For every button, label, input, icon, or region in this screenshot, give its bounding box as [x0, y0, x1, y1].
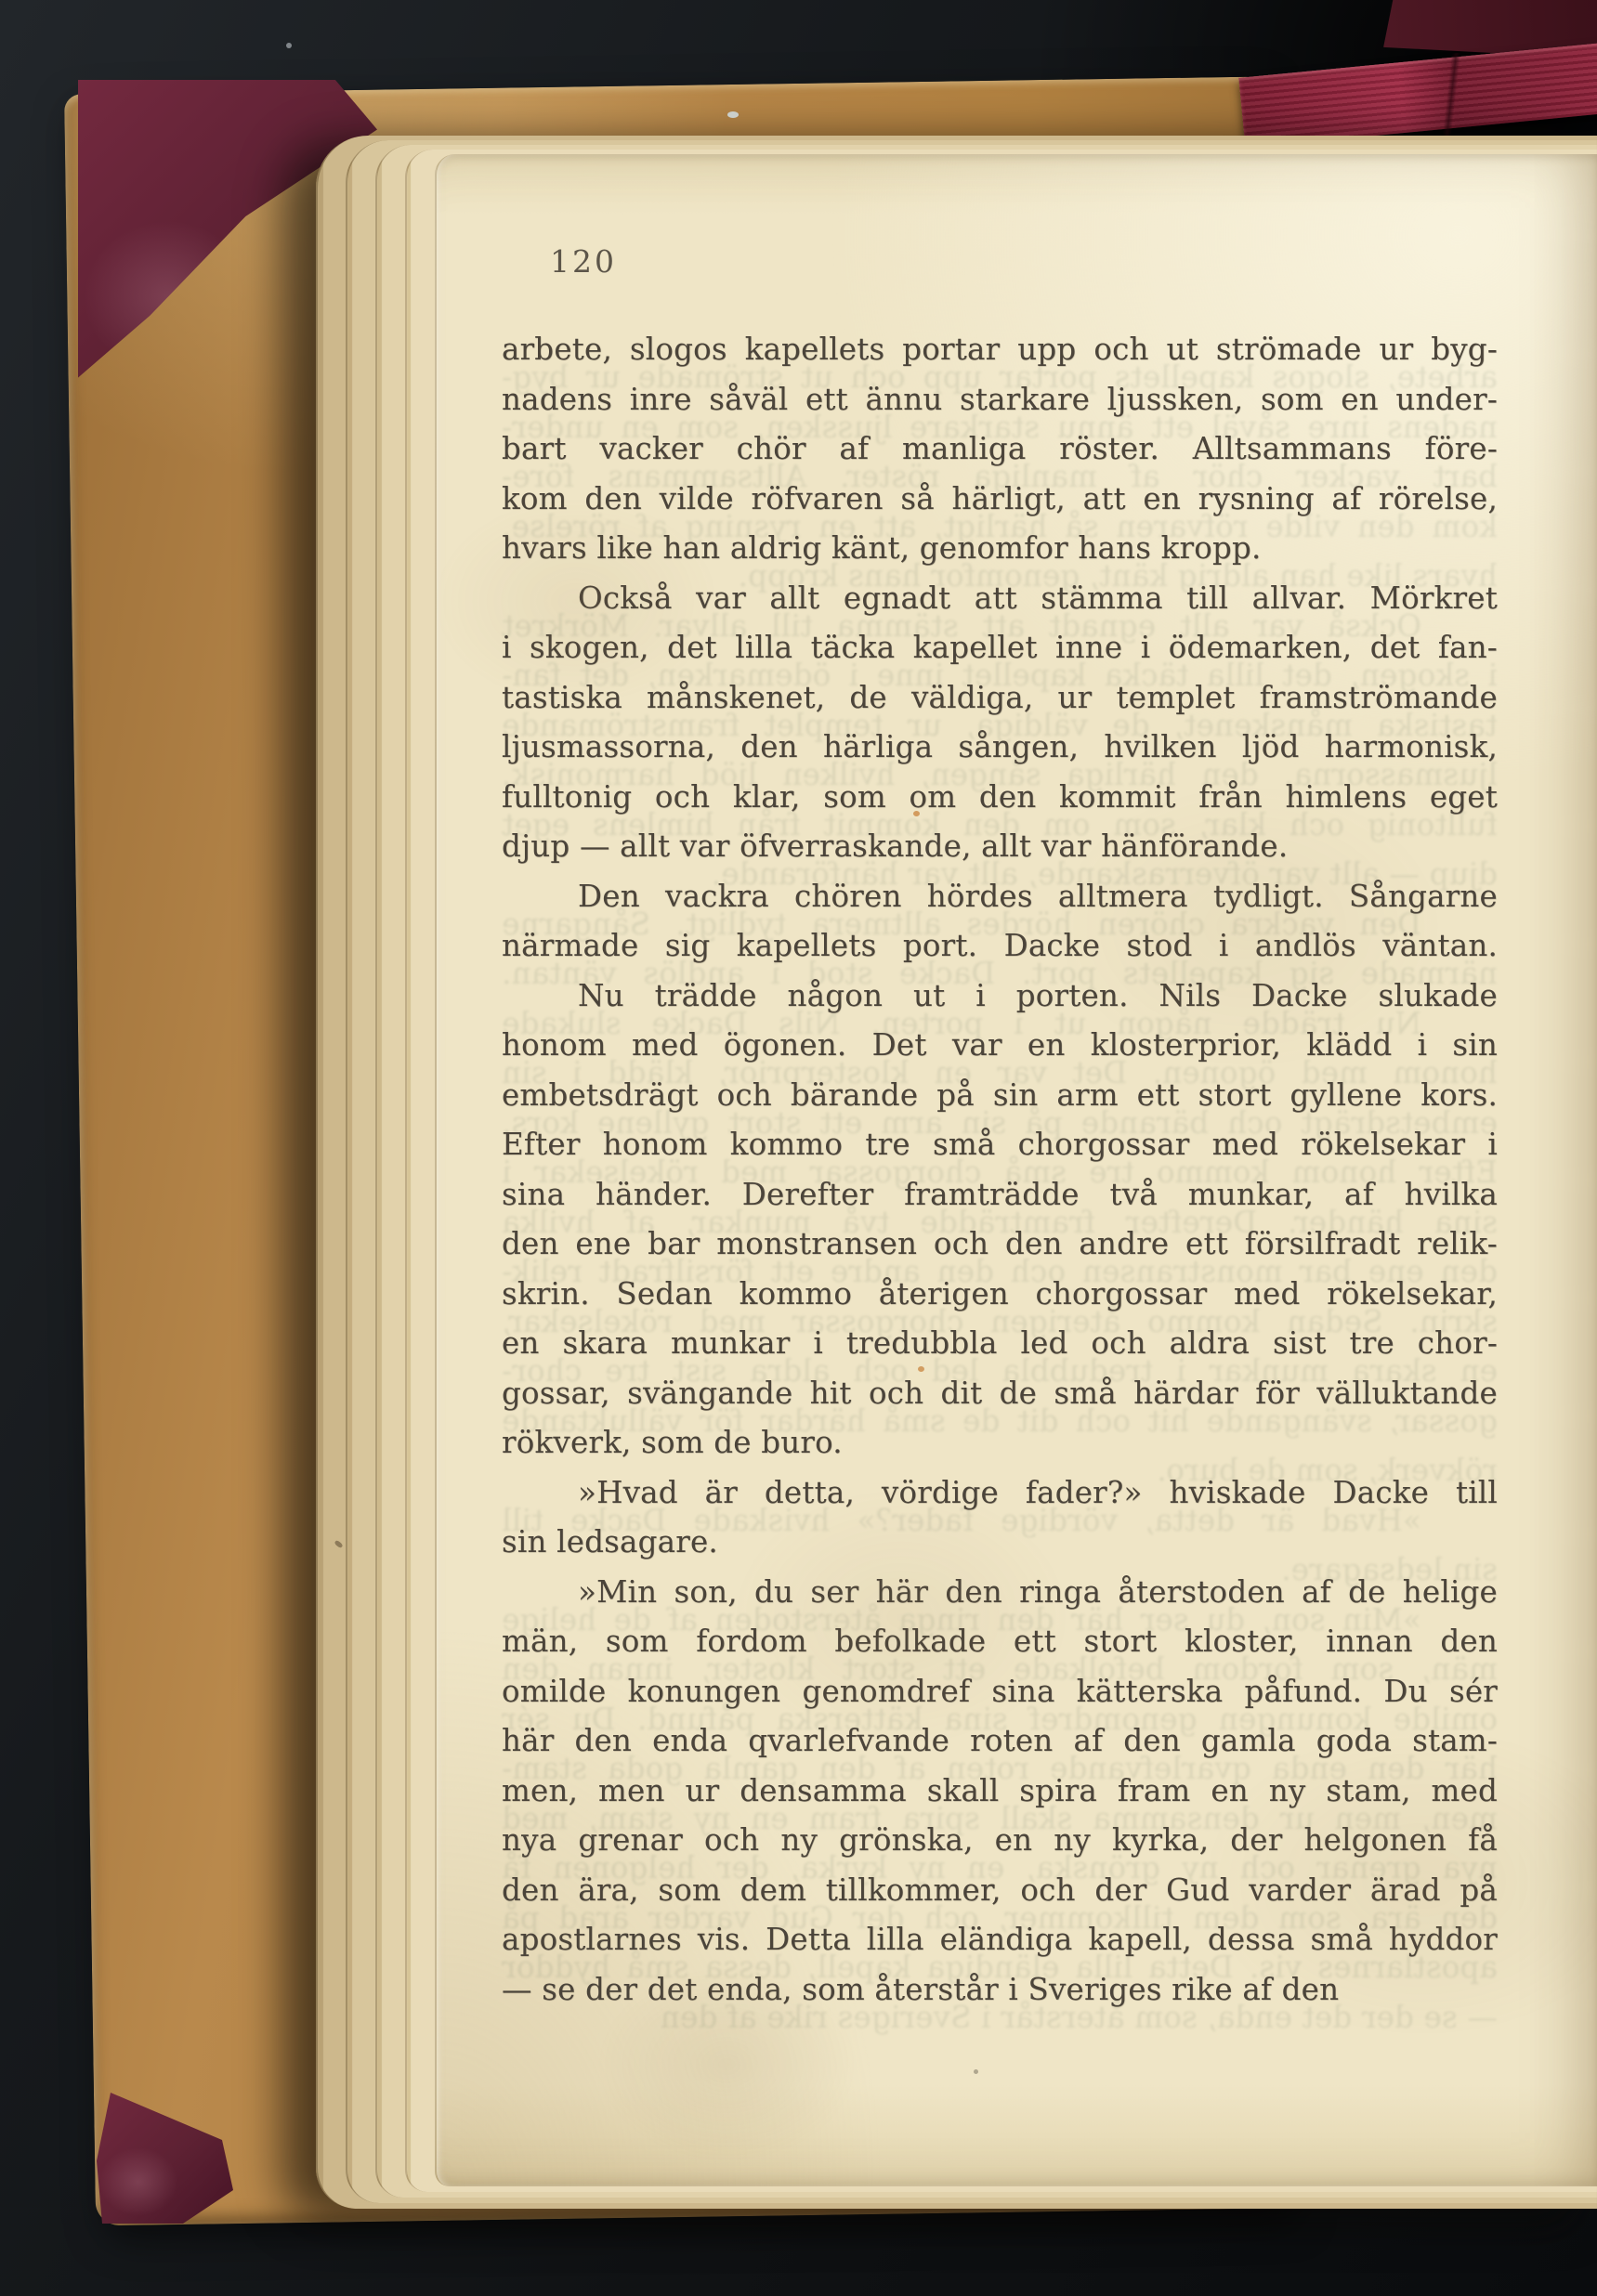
text-line: här den enda qvarlefvande roten af den g…	[502, 1716, 1498, 1767]
text-line: nadens inre såväl ett ännu starkare ljus…	[502, 375, 1498, 425]
page-number: 120	[550, 243, 617, 280]
text-line: gossar, svängande hit och dit de små här…	[502, 1369, 1498, 1419]
book-page: arbete, slogos kapellets portar upp och …	[435, 154, 1597, 2186]
text-line: den ene bar monstransen och den andre et…	[502, 1220, 1498, 1270]
text-line: men, men ur densamma skall spira fram en…	[502, 1767, 1498, 1817]
paragraph: »Hvad är detta, vördige fader?» hviskade…	[502, 1468, 1498, 1568]
text-line: nya grenar och ny grönska, en ny kyrka, …	[502, 1816, 1498, 1866]
foxing-speck	[913, 811, 920, 816]
paragraph: arbete, slogos kapellets portar upp och …	[502, 325, 1498, 574]
text-line: fulltonig och klar, som om den kommit fr…	[502, 773, 1498, 823]
ribbon-crease	[1442, 53, 1461, 140]
text-line: — se der det enda, som återstår i Sverig…	[502, 1965, 1498, 2016]
text-line: ljusmassorna, den härliga sången, hvilke…	[502, 723, 1498, 773]
text-line: rökverk, som de buro.	[502, 1418, 1498, 1468]
text-line: omilde konungen genomdref sina kätterska…	[502, 1667, 1498, 1717]
dust-speck	[727, 111, 739, 118]
text-line: sin ledsagare.	[502, 1518, 1498, 1568]
text-line: den ära, som dem tillkommer, och der Gud…	[502, 1866, 1498, 1916]
text-line: »Min son, du ser här den ringa återstode…	[502, 1568, 1498, 1618]
text-line: skrin. Sedan kommo återigen chorgossar m…	[502, 1270, 1498, 1320]
text-line: sina händer. Derefter framträdde två mun…	[502, 1170, 1498, 1220]
foxing-speck	[918, 1366, 924, 1372]
text-line: »Hvad är detta, vördige fader?» hviskade…	[502, 1468, 1498, 1519]
text-line: Den vackra chören hördes alltmera tydlig…	[502, 872, 1498, 922]
text-line: närmade sig kapellets port. Dacke stod i…	[502, 921, 1498, 972]
photographed-book-page: arbete, slogos kapellets portar upp och …	[0, 0, 1597, 2296]
text-line: Också var allt egnadt att stämma till al…	[502, 574, 1498, 624]
paragraph: Också var allt egnadt att stämma till al…	[502, 574, 1498, 872]
spine-ribbon	[1238, 42, 1597, 149]
text-line: hvars like han aldrig känt, genomfor han…	[502, 524, 1498, 574]
text-line: män, som fordom befolkade ett stort klos…	[502, 1617, 1498, 1667]
paragraph: Den vackra chören hördes alltmera tydlig…	[502, 872, 1498, 972]
text-line: apostlarnes vis. Detta lilla eländiga ka…	[502, 1915, 1498, 1965]
text-line: Efter honom kommo tre små chorgossar med…	[502, 1120, 1498, 1170]
text-line: Nu trädde någon ut i porten. Nils Dacke …	[502, 972, 1498, 1022]
ink-dot	[974, 2069, 978, 2074]
text-line: arbete, slogos kapellets portar upp och …	[502, 325, 1498, 375]
text-line: en skara munkar i tredubbla led och aldr…	[502, 1319, 1498, 1369]
text-line: tastiska månskenet, de väldiga, ur templ…	[502, 673, 1498, 724]
dust-speck	[286, 43, 292, 48]
paragraph: Nu trädde någon ut i porten. Nils Dacke …	[502, 972, 1498, 1468]
text-line: bart vacker chör af manliga röster. Allt…	[502, 424, 1498, 475]
text-block: arbete, slogos kapellets portar upp och …	[502, 325, 1498, 2015]
text-line: i skogen, det lilla täcka kapellet inne …	[502, 623, 1498, 673]
text-line: embetsdrägt och bärande på sin arm ett s…	[502, 1071, 1498, 1121]
paragraph: »Min son, du ser här den ringa återstode…	[502, 1568, 1498, 2016]
text-line: djup — allt var öfverraskande, allt var …	[502, 822, 1498, 872]
text-line: honom med ögonen. Det var en klosterprio…	[502, 1021, 1498, 1071]
text-line: kom den vilde röfvaren så härligt, att e…	[502, 475, 1498, 525]
